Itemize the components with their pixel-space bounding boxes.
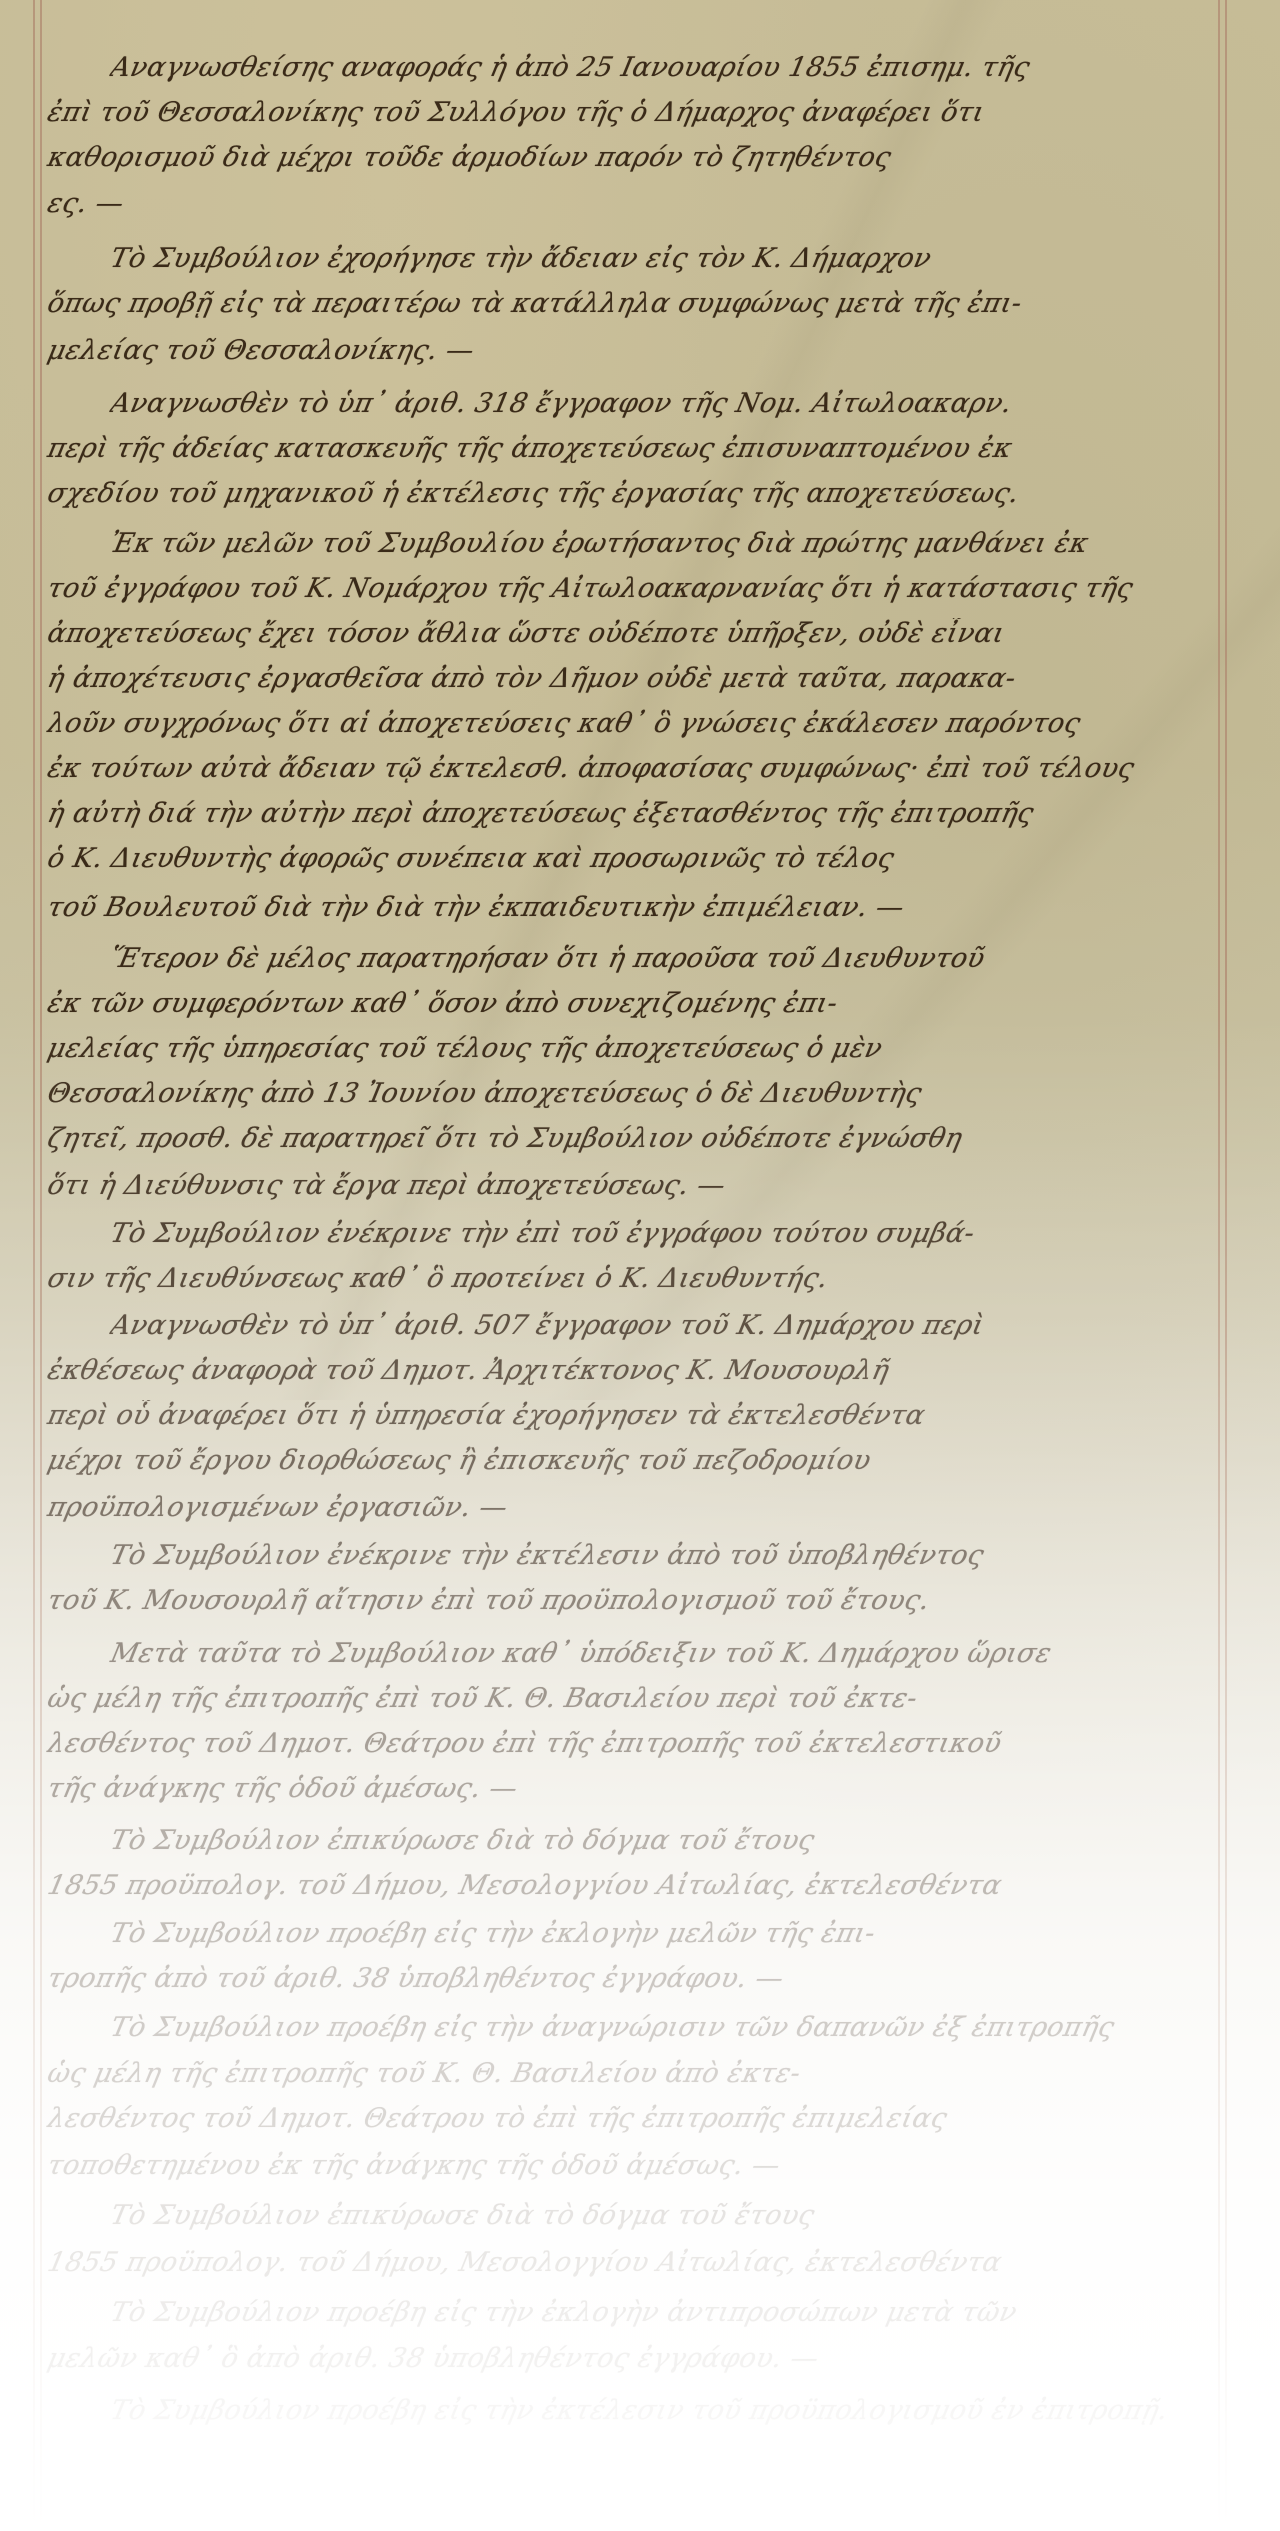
manuscript-line: τοποθετημένου ἐκ τῆς ἀνάγκης τῆς ὁδοῦ ἀμ… [42, 2150, 1226, 2194]
manuscript-line: ἀποχετεύσεως ἔχει τόσον ἄθλια ὥστε οὐδέπ… [42, 618, 1226, 662]
manuscript-line: ὅτι ἡ Διεύθυνσις τὰ ἔργα περὶ ἀποχετεύσε… [42, 1170, 1226, 1214]
manuscript-line: 1855 προϋπολογ. τοῦ Δήμου, Μεσολογγίου Α… [42, 1870, 1226, 1914]
manuscript-line: τοῦ Κ. Μουσουρλῆ αἴτησιν ἐπὶ τοῦ προϋπολ… [42, 1585, 1226, 1629]
manuscript-line: περὶ οὗ ἀναφέρει ὅτι ἡ ὑπηρεσία ἐχορήγησ… [42, 1400, 1226, 1444]
manuscript-line: ἡ αὐτὴ διά τὴν αὐτὴν περὶ ἀποχετεύσεως ἐ… [42, 798, 1226, 842]
manuscript-page: Αναγνωσθείσης αναφοράς ἡ ἀπὸ 25 Ιανουαρί… [0, 0, 1280, 2531]
manuscript-line: Τὸ Συμβούλιον ἐπικύρωσε διὰ τὸ δόγμα τοῦ… [105, 2200, 1224, 2244]
manuscript-line: Τὸ Συμβούλιον ἐνέκρινε τὴν ἐπὶ τοῦ ἐγγρά… [105, 1218, 1224, 1262]
manuscript-line: τῆς ἀνάγκης τῆς ὁδοῦ ἀμέσως. — [42, 1773, 1226, 1817]
manuscript-line: Τὸ Συμβούλιον προέβη εἰς τὴν ἐκλογὴν μελ… [105, 1918, 1224, 1962]
manuscript-line: λοῦν συγχρόνως ὅτι αἱ ἀποχετεύσεις καθ᾽ … [42, 708, 1226, 752]
manuscript-line: Αναγνωσθείσης αναφοράς ἡ ἀπὸ 25 Ιανουαρί… [105, 52, 1224, 96]
manuscript-line: ὅπως προβῇ εἰς τὰ περαιτέρω τὰ κατάλληλα… [42, 288, 1226, 332]
manuscript-line: λεσθέντος τοῦ Δημοτ. Θεάτρου ἐπὶ τῆς ἐπι… [42, 1728, 1226, 1772]
manuscript-line: ἡ ἀποχέτευσις ἐργασθεῖσα ἀπὸ τὸν Δῆμον ο… [42, 663, 1226, 707]
manuscript-line: Τὸ Συμβούλιον ἐχορήγησε τὴν ἄδειαν εἰς τ… [105, 243, 1224, 287]
manuscript-line: Τὸ Συμβούλιον προέβη εἰς τὴν ἀναγνώρισιν… [105, 2012, 1224, 2056]
manuscript-line: Αναγνωσθὲν τὸ ὑπ᾽ ἀριθ. 507 ἔγγραφον τοῦ… [105, 1310, 1224, 1354]
manuscript-line: Τὸ Συμβούλιον ἐνέκρινε τὴν ἐκτέλεσιν ἀπὸ… [105, 1540, 1224, 1584]
manuscript-line: μελῶν καθ᾽ ὃ ἀπὸ ἀριθ. 38 ὑποβληθέντος ἐ… [42, 2343, 1226, 2387]
manuscript-line: σιν τῆς Διευθύνσεως καθ᾽ ὃ προτείνει ὁ Κ… [42, 1263, 1226, 1307]
manuscript-line: ζητεῖ, προσθ. δὲ παρατηρεῖ ὅτι τὸ Συμβού… [42, 1123, 1226, 1167]
manuscript-line: ὁ Κ. Διευθυντὴς ἀφορῶς συνέπεια καὶ προσ… [42, 843, 1226, 887]
manuscript-line: τοῦ ἐγγράφου τοῦ Κ. Νομάρχου τῆς Αἰτωλοα… [42, 573, 1226, 617]
manuscript-line: τοῦ Βουλευτοῦ διὰ τὴν διὰ τὴν ἐκπαιδευτι… [42, 892, 1226, 936]
manuscript-line: ἐπὶ τοῦ Θεσσαλονίκης τοῦ Συλλόγου τῆς ὁ … [42, 97, 1226, 141]
manuscript-line: ὡς μέλη τῆς ἐπιτροπῆς τοῦ Κ. Θ. Βασιλείο… [42, 2058, 1226, 2102]
manuscript-line: Θεσσαλονίκης ἀπὸ 13 Ἰουνίου ἀποχετεύσεως… [42, 1078, 1226, 1122]
manuscript-line: τροπῆς ἀπὸ τοῦ ἀριθ. 38 ὑποβληθέντος ἐγγ… [42, 1963, 1226, 2007]
manuscript-line: Τὸ Συμβούλιον προέβη εἰς τὴν ἐκτέλεσιν τ… [105, 2395, 1224, 2439]
manuscript-line: Αναγνωσθὲν τὸ ὑπ᾽ ἀριθ. 318 ἔγγραφον τῆς… [105, 388, 1224, 432]
manuscript-line: Ἐκ τῶν μελῶν τοῦ Συμβουλίου ἐρωτήσαντος … [105, 528, 1224, 572]
manuscript-line: Ἕτερον δὲ μέλος παρατηρήσαν ὅτι ἡ παροῦσ… [105, 943, 1224, 987]
manuscript-line: 1855 προϋπολογ. τοῦ Δήμου, Μεσολογγίου Α… [42, 2247, 1226, 2291]
manuscript-line: περὶ τῆς ἀδείας κατασκευῆς τῆς ἀποχετεύσ… [42, 433, 1226, 477]
manuscript-line: ἐκθέσεως ἀναφορὰ τοῦ Δημοτ. Ἀρχιτέκτονος… [42, 1355, 1226, 1399]
manuscript-line: μελείας τοῦ Θεσσαλονίκης. — [42, 335, 1226, 379]
handwritten-text-body: Αναγνωσθείσης αναφοράς ἡ ἀπὸ 25 Ιανουαρί… [0, 0, 1280, 2531]
manuscript-line: λεσθέντος τοῦ Δημοτ. Θεάτρου τὸ ἐπὶ τῆς … [42, 2103, 1226, 2147]
manuscript-line: μελείας τῆς ὑπηρεσίας τοῦ τέλους τῆς ἀπο… [42, 1033, 1226, 1077]
manuscript-line: Τὸ Συμβούλιον προέβη εἰς τὴν ἐκλογὴν ἀντ… [105, 2297, 1224, 2341]
manuscript-line: σχεδίου τοῦ μηχανικοῦ ἡ ἐκτέλεσις τῆς ἐρ… [42, 478, 1226, 522]
manuscript-line: μέχρι τοῦ ἔργου διορθώσεως ἢ ἐπισκευῆς τ… [42, 1445, 1226, 1489]
manuscript-line: ὡς μέλη τῆς ἐπιτροπῆς ἐπὶ τοῦ Κ. Θ. Βασι… [42, 1683, 1226, 1727]
manuscript-line: Μετὰ ταῦτα τὸ Συμβούλιον καθ᾽ ὑπόδειξιν … [105, 1638, 1224, 1682]
manuscript-line: Τὸ Συμβούλιον ἐπικύρωσε διὰ τὸ δόγμα τοῦ… [105, 1825, 1224, 1869]
manuscript-line: ἐκ τούτων αὐτὰ ἄδειαν τῷ ἐκτελεσθ. ἀποφα… [42, 753, 1226, 797]
manuscript-line: προϋπολογισμένων ἐργασιῶν. — [42, 1492, 1226, 1536]
manuscript-line: ες. — [42, 188, 1226, 232]
manuscript-line: καθορισμοῦ διὰ μέχρι τοῦδε ἀρμοδίων παρό… [42, 142, 1226, 186]
manuscript-line: ἐκ τῶν συμφερόντων καθ᾽ ὅσον ἀπὸ συνεχιζ… [42, 988, 1226, 1032]
